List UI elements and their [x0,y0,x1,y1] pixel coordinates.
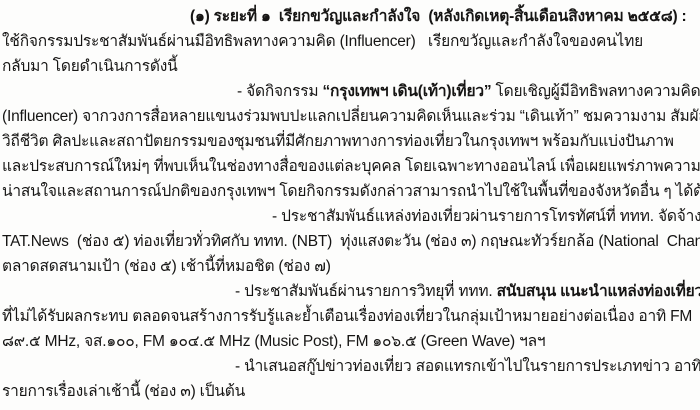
line-text: ที่ไม่ได้รับผลกระทบ ตลอดจนสร้างการรับรู้… [2,308,692,325]
line-text: - จัดกิจกรรม [237,83,322,100]
text-line: วิถีชีวิต ศิลปะและสถาปัตยกรรมของชุมชนที่… [2,129,700,154]
line-text: (Influencer) จากวงการสื่อหลายแขนงร่วมพบป… [2,108,700,125]
text-line: TAT.News (ช่อง ๕) ท่องเที่ยวทั่วทิศกับ ท… [2,229,700,254]
line-bold-text: “กรุงเทพฯ เดิน(เท้า)เที่ยว” [322,83,491,100]
line-text: - ประชาสัมพันธ์แหล่งท่องเที่ยวผ่านรายการ… [272,208,700,225]
line-text: ๘๙.๕ MHz, จส.๑๐๐, FM ๑๐๔.๕ MHz (Music Po… [2,333,545,350]
line-text: ตลาดสดสนามเป้า (ช่อง ๕) เช้านี้ที่หมอชิต… [2,258,331,275]
line-text: โดยเชิญผู้มีอิทธิพลทางความคิด [491,83,700,100]
text-line: ใช้กิจกรรมประชาสัมพันธ์ผ่านมือิทธิพลทางค… [2,29,700,54]
line-text: น่าสนใจและสถานการณ์ปกติของกรุงเทพฯ โดยกิ… [2,183,700,200]
line-text: ใช้กิจกรรมประชาสัมพันธ์ผ่านมือิทธิพลทางค… [2,33,643,50]
text-line: ตลาดสดสนามเป้า (ช่อง ๕) เช้านี้ที่หมอชิต… [2,254,700,279]
line-text: และประสบการณ์ใหม่ๆ ที่พบเห็นในช่องทางสื่… [2,158,700,175]
text-line: (Influencer) จากวงการสื่อหลายแขนงร่วมพบป… [2,104,700,129]
line-text: TAT.News (ช่อง ๕) ท่องเที่ยวทั่วทิศกับ ท… [2,233,700,250]
text-line: รายการเรื่องเล่าเช้านี้ (ช่อง ๓) เป็นต้น [2,379,700,404]
line-text: วิถีชีวิต ศิลปะและสถาปัตยกรรมของชุมชนที่… [2,133,674,150]
line-text: - นำเสนอสกู๊ปข่าวท่องเที่ยว สอดแทรกเข้าไ… [235,358,700,375]
line-bold-text: สนับสนุน แนะนำแหล่งท่องเที่ยว [497,283,700,300]
text-line: ที่ไม่ได้รับผลกระทบ ตลอดจนสร้างการรับรู้… [2,304,700,329]
line-text: รายการเรื่องเล่าเช้านี้ (ช่อง ๓) เป็นต้น [2,383,245,400]
line-text: กลับมา โดยดำเนินการดังนี้ [2,58,178,75]
heading-bold-text: (๑) ระยะที่ ๑ เรียกขวัญและกำลังใจ (หลังเ… [190,8,687,25]
bullet-line-walk-activity: - จัดกิจกรรม “กรุงเทพฯ เดิน(เท้า)เที่ยว”… [237,79,700,104]
text-line: ๘๙.๕ MHz, จส.๑๐๐, FM ๑๐๔.๕ MHz (Music Po… [2,329,700,354]
bullet-line-radio-programs: - ประชาสัมพันธ์ผ่านรายการวิทยุที่ ททท. ส… [235,279,700,304]
section-heading-line: (๑) ระยะที่ ๑ เรียกขวัญและกำลังใจ (หลังเ… [190,4,700,29]
text-line: กลับมา โดยดำเนินการดังนี้ [2,54,700,79]
document-page: (๑) ระยะที่ ๑ เรียกขวัญและกำลังใจ (หลังเ… [0,0,700,410]
text-line: น่าสนใจและสถานการณ์ปกติของกรุงเทพฯ โดยกิ… [2,179,700,204]
line-text: - ประชาสัมพันธ์ผ่านรายการวิทยุที่ ททท. [235,283,497,300]
text-line: และประสบการณ์ใหม่ๆ ที่พบเห็นในช่องทางสื่… [2,154,700,179]
bullet-line-news-scoop: - นำเสนอสกู๊ปข่าวท่องเที่ยว สอดแทรกเข้าไ… [235,354,700,379]
bullet-line-tv-programs: - ประชาสัมพันธ์แหล่งท่องเที่ยวผ่านรายการ… [272,204,700,229]
